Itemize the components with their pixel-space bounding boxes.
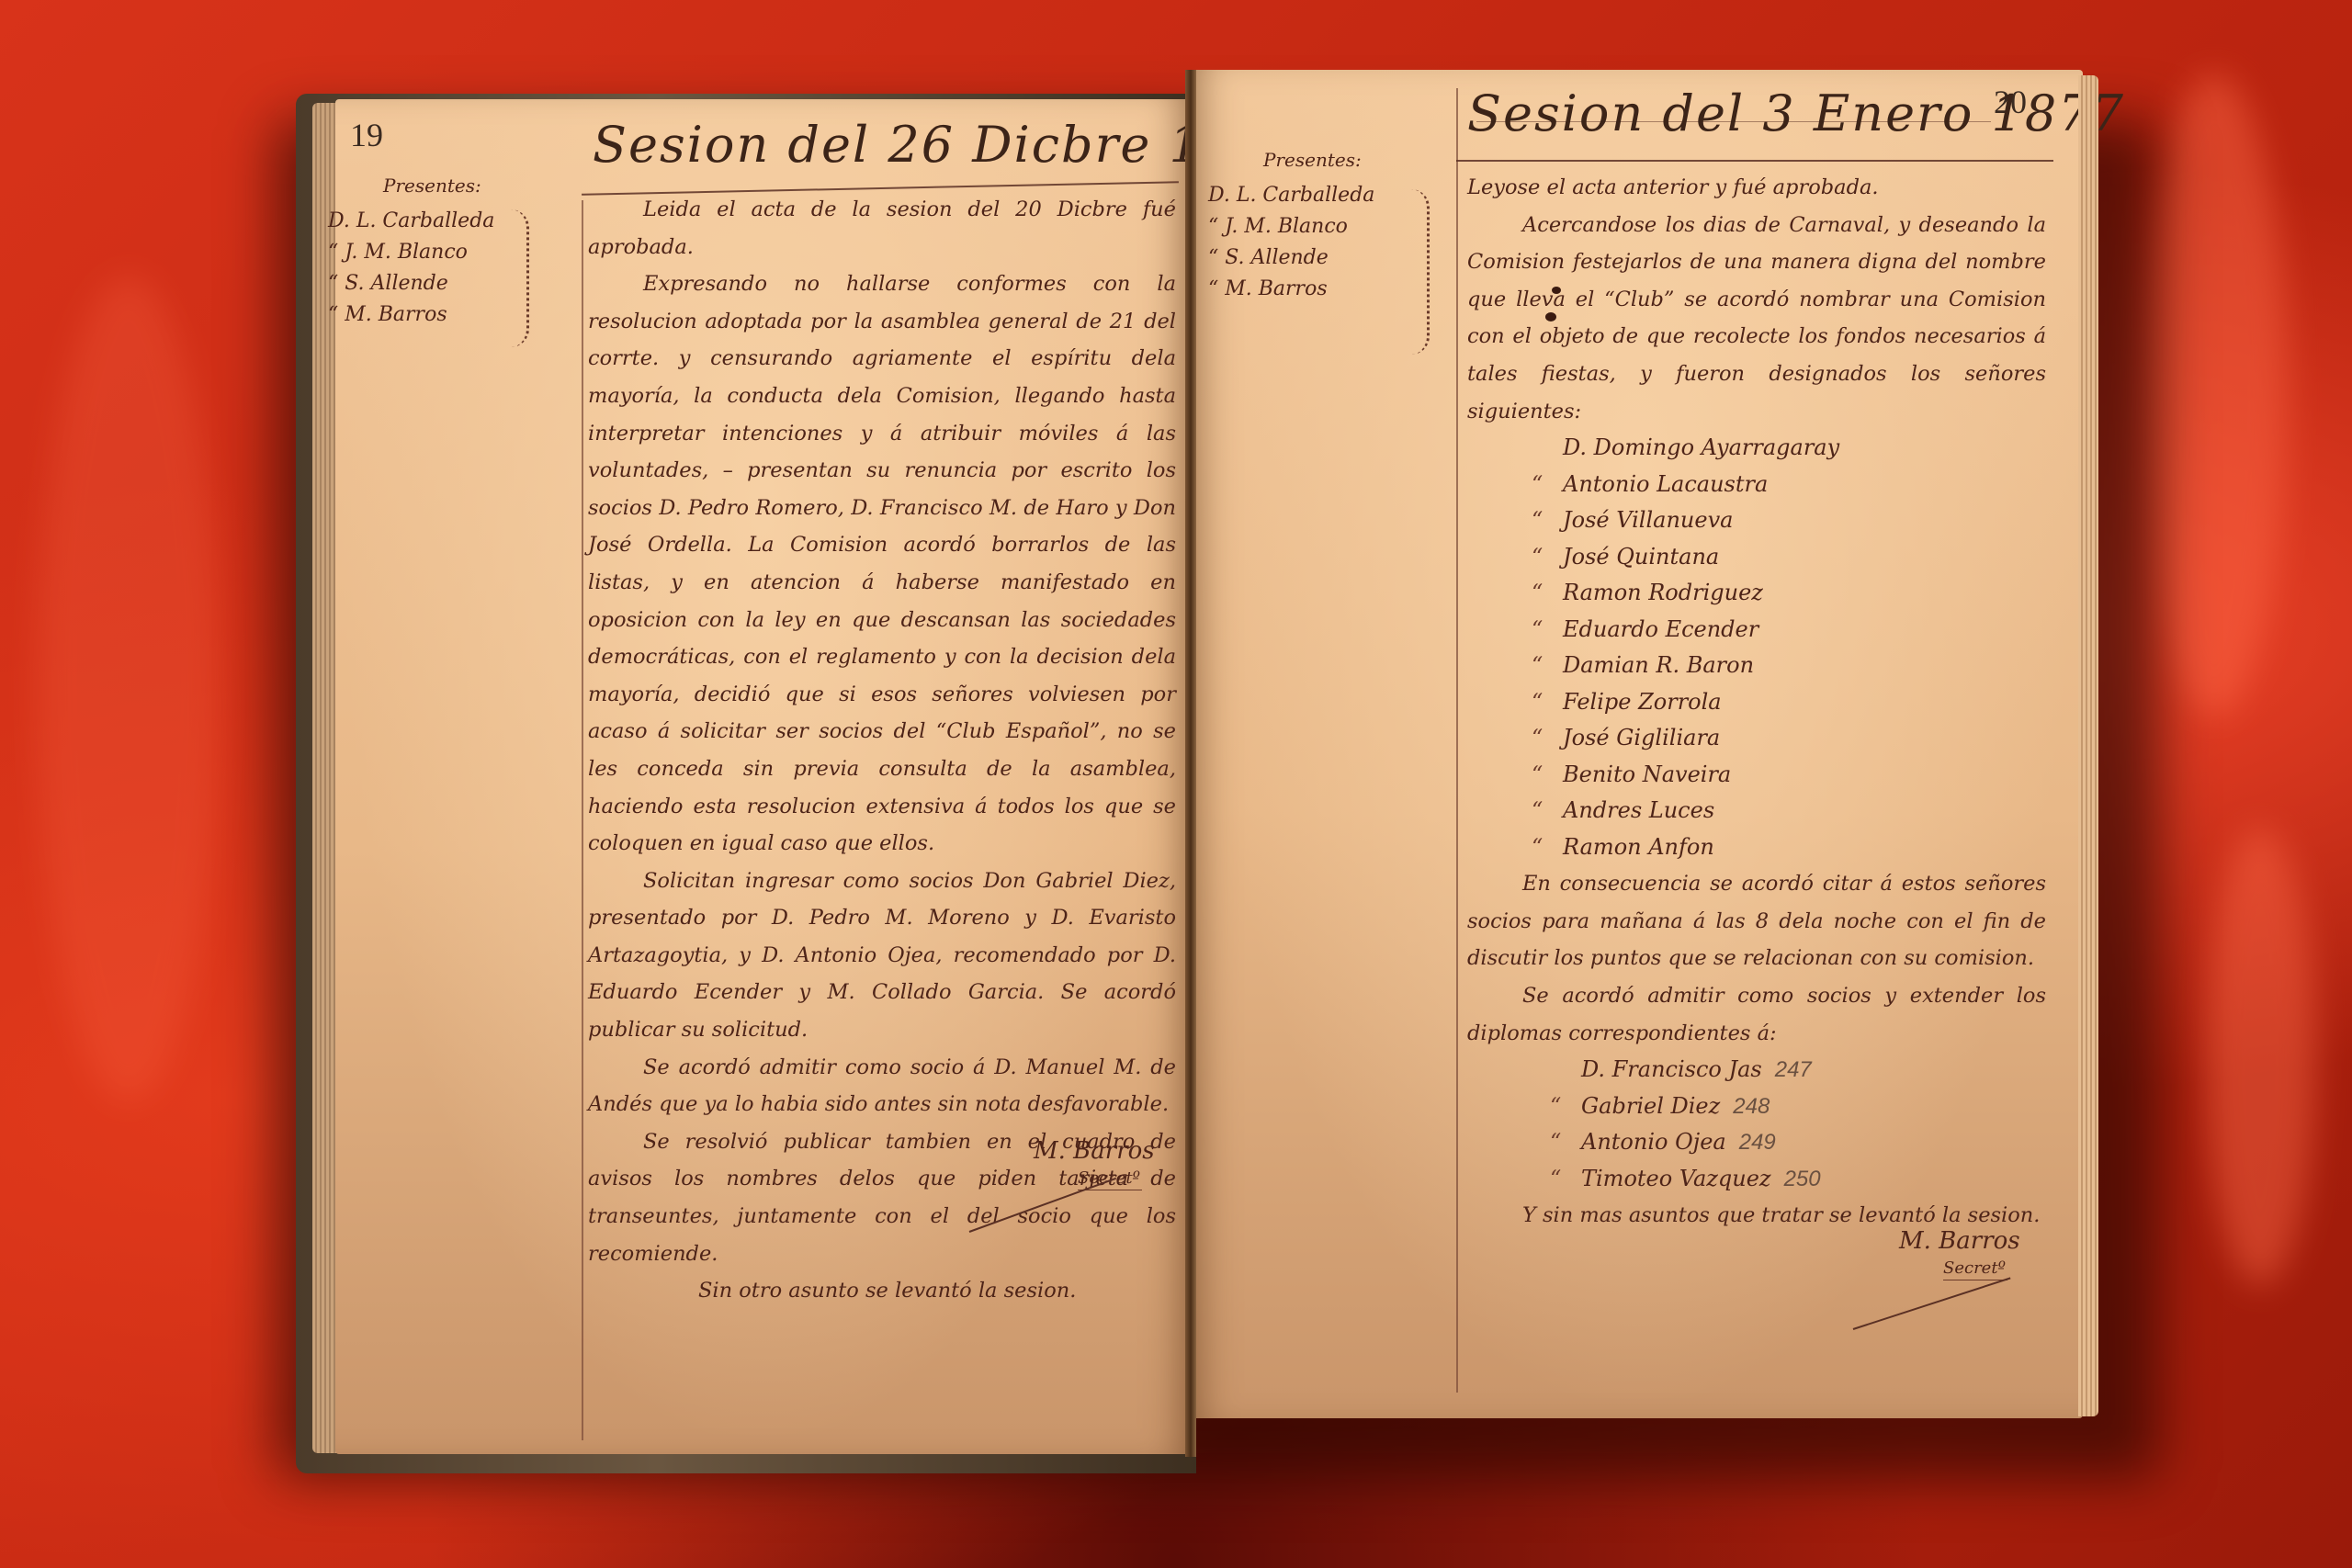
session-title: Sesion del 3 Enero 1877: [1467, 85, 2125, 142]
present-name: “ S. Allende: [1208, 243, 1374, 274]
present-name: D. L. Carballeda: [1208, 180, 1374, 211]
fabric-highlight: [2205, 827, 2315, 1286]
ditto-mark: “: [1532, 720, 1563, 757]
membership-number: 248: [1733, 1094, 1770, 1119]
admitted-member: “Timoteo Vazquez250: [1550, 1161, 2046, 1198]
committee-member: “José Quintana: [1532, 539, 2046, 576]
present-name: D. L. Carballeda: [328, 206, 494, 237]
admitted-member: D. Francisco Jas247: [1550, 1052, 2046, 1089]
membership-number: 250: [1784, 1167, 1821, 1191]
present-list: Presentes: D. L. Carballeda “ J. M. Blan…: [328, 175, 494, 331]
paragraph: Expresando no hallarse conformes con la …: [588, 265, 1176, 863]
present-name: “ M. Barros: [1208, 274, 1374, 305]
ditto-mark: “: [1532, 648, 1563, 684]
committee-member: “Ramon Anfon: [1532, 829, 2046, 866]
right-page: 20 Sesion del 3 Enero 1877 Presentes: D.…: [1192, 70, 2083, 1418]
left-page: 19 Sesion del 26 Dicbre 1876. Presentes:…: [335, 99, 1190, 1454]
paragraph: Sin otro asunto se levantó la sesion.: [643, 1272, 1176, 1310]
present-name: “ J. M. Blanco: [1208, 211, 1374, 243]
signature: M. Barros Secretº: [1034, 1137, 1155, 1190]
committee-member: “Benito Naveira: [1532, 757, 2046, 794]
admitted-member: “Antonio Ojea249: [1550, 1124, 2046, 1161]
committee-member: D. Domingo Ayarragaray: [1532, 430, 2046, 467]
committee-list: D. Domingo Ayarragaray “Antonio Lacaustr…: [1532, 430, 2046, 865]
ditto-mark: “: [1532, 612, 1563, 649]
margin-rule: [1456, 88, 1458, 1393]
ditto-mark: “: [1532, 829, 1563, 866]
paragraph: Se acordó admitir como socios y extender…: [1467, 977, 2046, 1052]
committee-member: “Damian R. Baron: [1532, 648, 2046, 684]
signature-name: M. Barros: [1899, 1227, 2020, 1255]
brace: [510, 209, 529, 347]
ink-blot: [1552, 287, 1561, 294]
ditto-mark: “: [1532, 684, 1563, 721]
ditto-mark: “: [1532, 757, 1563, 794]
committee-member: “Eduardo Ecender: [1532, 612, 2046, 649]
ditto-mark: “: [1550, 1161, 1581, 1198]
ditto-mark: “: [1532, 467, 1563, 503]
committee-member: “José Gigliliara: [1532, 720, 2046, 757]
paragraph: Leyose el acta anterior y fué aprobada.: [1467, 169, 2046, 207]
committee-member: “José Villanueva: [1532, 502, 2046, 539]
book-gutter: [1185, 70, 1196, 1457]
fabric-highlight: [37, 276, 220, 1102]
present-name: “ M. Barros: [328, 299, 494, 331]
ditto-mark: “: [1550, 1124, 1581, 1161]
ditto-mark: “: [1532, 793, 1563, 829]
present-name: “ J. M. Blanco: [328, 237, 494, 268]
present-name: “ S. Allende: [328, 268, 494, 299]
paragraph: En consecuencia se acordó citar á estos …: [1467, 865, 2046, 977]
present-list: Presentes: D. L. Carballeda “ J. M. Blan…: [1208, 149, 1374, 305]
signature-name: M. Barros: [1034, 1137, 1155, 1165]
membership-number: 249: [1739, 1130, 1776, 1155]
signature: M. Barros Secretº: [1899, 1227, 2020, 1280]
signature-flourish: [1853, 1277, 2011, 1330]
ditto-mark: “: [1532, 502, 1563, 539]
paragraph: Se acordó admitir como socio á D. Manuel…: [588, 1049, 1176, 1123]
fabric-highlight: [2141, 73, 2288, 716]
page-edges-right: [2078, 75, 2098, 1416]
committee-member: “Ramon Rodriguez: [1532, 575, 2046, 612]
committee-member: “Felipe Zorrola: [1532, 684, 2046, 721]
ink-blot: [1545, 312, 1556, 321]
paragraph: Leida el acta de la sesion del 20 Dicbre…: [588, 191, 1176, 265]
present-label: Presentes:: [1263, 149, 1374, 171]
brace: [1410, 189, 1430, 355]
minutes-body: Leyose el acta anterior y fué aprobada. …: [1467, 169, 2046, 1235]
membership-number: 247: [1775, 1057, 1812, 1082]
margin-rule: [582, 200, 583, 1440]
page-number: 19: [350, 116, 383, 154]
ditto-mark: “: [1532, 539, 1563, 576]
title-rule: [1456, 160, 2053, 162]
ditto-mark: “: [1532, 575, 1563, 612]
committee-member: “Antonio Lacaustra: [1532, 467, 2046, 503]
signature-title: Secretº: [1943, 1258, 2007, 1280]
committee-member: “Andres Luces: [1532, 793, 2046, 829]
present-label: Presentes:: [383, 175, 494, 197]
ditto-mark: “: [1550, 1089, 1581, 1125]
paragraph: Solicitan ingresar como socios Don Gabri…: [588, 863, 1176, 1049]
admitted-member: “Gabriel Diez248: [1550, 1089, 2046, 1125]
admitted-list: D. Francisco Jas247 “Gabriel Diez248 “An…: [1550, 1052, 2046, 1197]
